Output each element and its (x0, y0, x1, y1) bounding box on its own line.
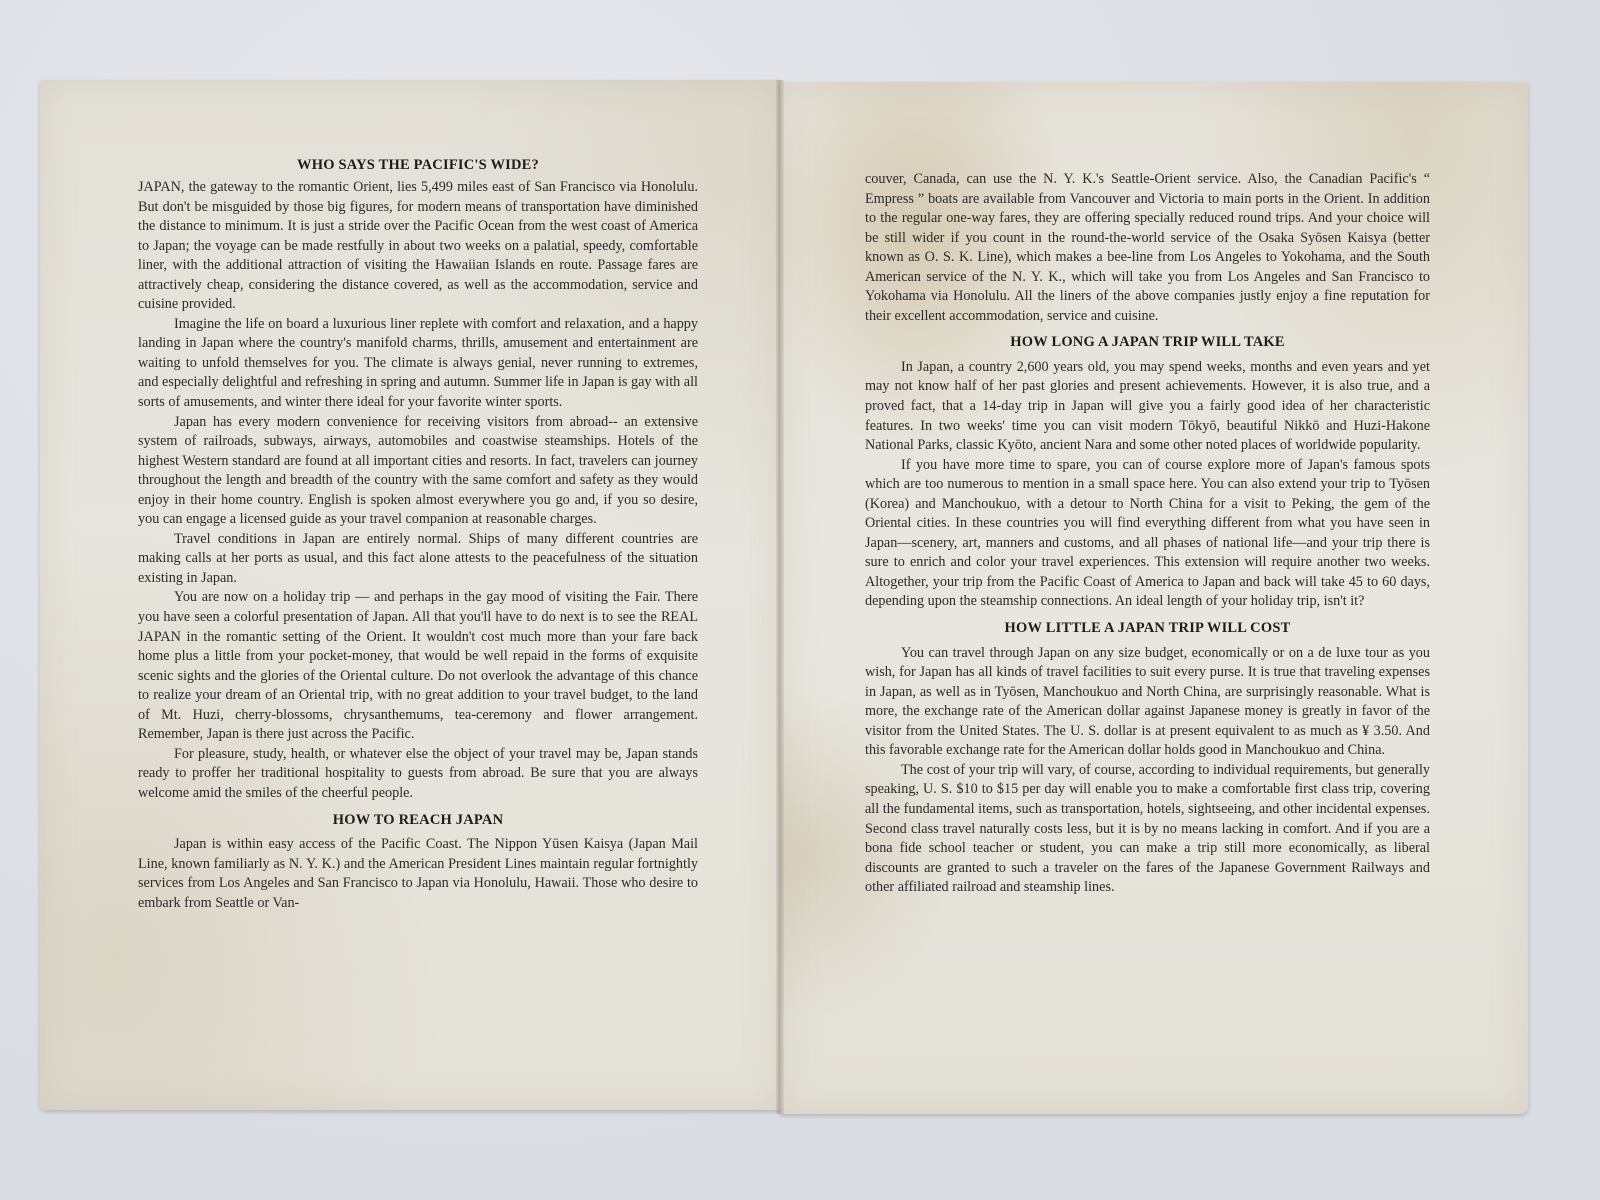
right-page-text-column: couver, Canada, can use the N. Y. K.'s S… (865, 170, 1430, 898)
paragraph: Japan has every modern convenience for r… (138, 413, 698, 530)
paragraph: Japan is within easy access of the Pacif… (138, 835, 698, 913)
heading-how-to-reach-japan: HOW TO REACH JAPAN (138, 811, 698, 831)
page-fold-gutter (776, 80, 784, 1114)
paragraph: You can travel through Japan on any size… (865, 644, 1430, 761)
paragraph: JAPAN, the gateway to the romantic Orien… (138, 178, 698, 315)
heading-who-says-pacific-wide: WHO SAYS THE PACIFIC'S WIDE? (138, 156, 698, 176)
paragraph: In Japan, a country 2,600 years old, you… (865, 358, 1430, 456)
paragraph: The cost of your trip will vary, of cour… (865, 761, 1430, 898)
heading-how-little-trip-cost: HOW LITTLE A JAPAN TRIP WILL COST (865, 619, 1430, 639)
heading-how-long-trip: HOW LONG A JAPAN TRIP WILL TAKE (865, 333, 1430, 353)
left-page-text-column: WHO SAYS THE PACIFIC'S WIDE? JAPAN, the … (138, 178, 698, 913)
paragraph: If you have more time to spare, you can … (865, 456, 1430, 612)
paragraph: Travel conditions in Japan are entirely … (138, 530, 698, 589)
paragraph-continued: couver, Canada, can use the N. Y. K.'s S… (865, 170, 1430, 326)
paragraph: For pleasure, study, health, or whatever… (138, 745, 698, 804)
paragraph: You are now on a holiday trip — and perh… (138, 588, 698, 744)
paragraph: Imagine the life on board a luxurious li… (138, 315, 698, 413)
